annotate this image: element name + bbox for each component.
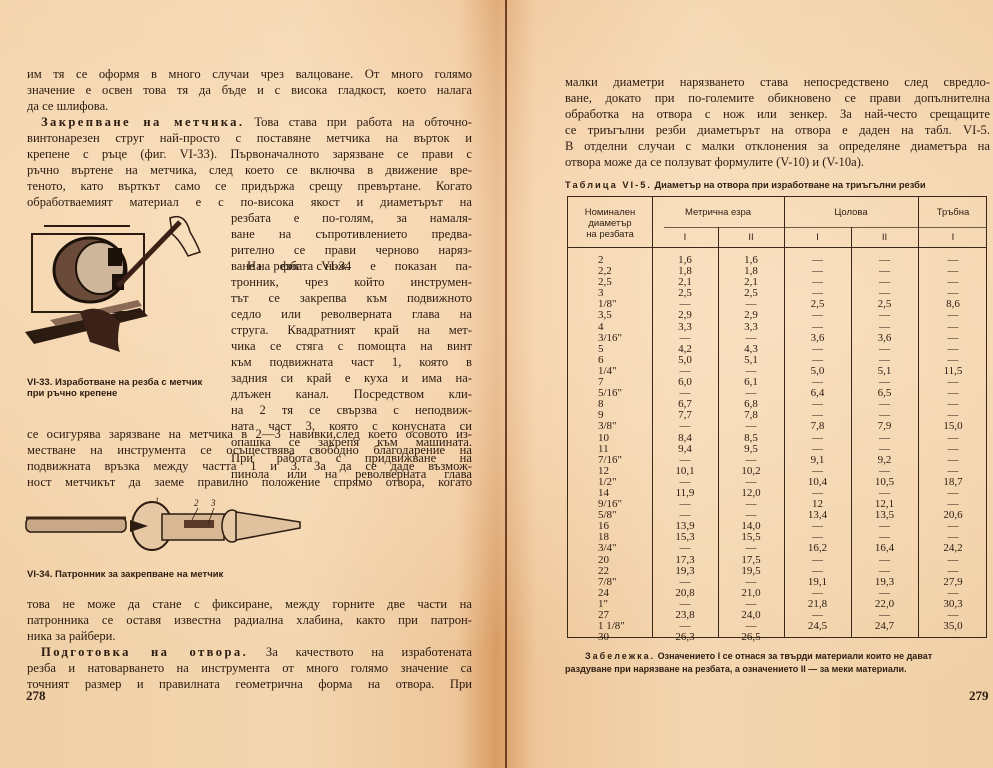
column-inch-II: ————2,5——3,6——5,1—6,5——7,9——9,2—10,5—12,… [851, 255, 918, 643]
header-metric-I: I [652, 232, 718, 243]
note-text: Означението I се отнася за твърди матери… [655, 651, 932, 661]
text-line: тронник, чрез който инструмен- [231, 274, 472, 290]
header-metric-II: II [718, 232, 784, 243]
text-line: резбата е по-голям, за намаля- [231, 210, 472, 226]
text-line: се триъгълни резби диаметърът на отвора … [565, 122, 990, 138]
text-line: рително се прави черново наряз- [231, 242, 472, 258]
text-line: тът се закрепва към подвижното [231, 290, 472, 306]
header-text: на резбата [568, 229, 652, 240]
note-line: раздуване при нарязване на резбата, а оз… [565, 663, 993, 676]
table-cell: — [918, 322, 988, 333]
table-cell: — [718, 543, 784, 554]
text-line: чика се стяга с помощта на винт [231, 338, 472, 354]
text-line: обработка на отвора с нож или зенкер. За… [565, 106, 990, 122]
text-line: теното, като върткът само се придържа ср… [27, 178, 472, 194]
text-line: задния си край е куха и има на- [231, 370, 472, 386]
table-cell: 3/8" [598, 421, 652, 432]
table-label: Таблица VI-5. [565, 180, 652, 190]
left-para-5: Подготовка на отвора. За качеството на и… [27, 644, 472, 692]
header-pipe-thread: Тръбна [918, 207, 988, 218]
table-cell: — [918, 632, 988, 643]
table-cell: 2,9 [718, 310, 784, 321]
text-line: Закрепване на метчика. Това става при ра… [27, 114, 472, 130]
table-cell: — [784, 310, 851, 321]
page-number-right: 279 [969, 688, 989, 704]
table-header-rule [568, 247, 986, 248]
text-line: подвижната връзка между частта 1 и 3. За… [27, 458, 472, 474]
table-cell: 16,2 [784, 543, 851, 554]
text-line: към подвижната част 1, която в [231, 354, 472, 370]
table-cell: 24,2 [918, 543, 988, 554]
table-cell: — [718, 421, 784, 432]
text-line: точният размер и правилната геометрична … [27, 676, 472, 692]
header-pipe-I: I [918, 232, 988, 243]
right-page: малки диаметри нарязването става непосре… [507, 0, 993, 768]
column-inch-I: ————2,5——3,6——5,0—6,4——7,8——9,1—10,4—121… [784, 255, 851, 643]
table-cell: 3,3 [718, 322, 784, 333]
table-cell: — [851, 433, 918, 444]
table-cell: 5/16" [598, 388, 652, 399]
table-cell: — [784, 632, 851, 643]
table-cell: 17,3 [652, 555, 718, 566]
table-cell: — [851, 322, 918, 333]
table-vi5: Номинален диаметър на резбата Метрична е… [567, 196, 987, 638]
page-number-left: 278 [26, 688, 46, 704]
table-cell: — [784, 433, 851, 444]
left-page: им тя се оформя в много случаи чрез валц… [0, 0, 505, 768]
table-cell: — [652, 543, 718, 554]
table-cell: — [918, 433, 988, 444]
table-cell: — [784, 555, 851, 566]
table-cell: 8,5 [718, 433, 784, 444]
text-line: им тя се оформя в много случаи чрез валц… [27, 66, 472, 82]
figure-vi34-caption: VI-34. Патронник за закрепване на метчик [27, 569, 223, 580]
table-cell: 17,5 [718, 555, 784, 566]
table-cell: 30 [598, 632, 652, 643]
text-line: отвора може да се ползуват формулите (V-… [565, 154, 990, 170]
table-cell: 26,5 [718, 632, 784, 643]
text-line: на 2 тя се свързва с неподвиж- [231, 402, 472, 418]
header-inch-I: I [784, 232, 851, 243]
figure-vi33-lathe-illustration [20, 212, 210, 362]
text-line: ване, докато при по-големите обикновено … [565, 90, 990, 106]
text-line: ника за райбери. [27, 628, 472, 644]
text-fragment: За качеството на изработената [248, 645, 472, 659]
table-cell: 16,4 [851, 543, 918, 554]
text-line: местване на инструмента се осъществява с… [27, 442, 472, 458]
left-para-4: това не може да стане с фиксиране, между… [27, 596, 472, 644]
table-cell: 7,8 [784, 421, 851, 432]
section-heading: Закрепване на метчика. [41, 115, 244, 129]
table-cell: — [918, 555, 988, 566]
text-line: ване на съпротивлението предва- [231, 226, 472, 242]
header-nominal-diameter: Номинален диаметър на резбата [568, 207, 652, 240]
figure-label-3: 3 [210, 498, 216, 508]
text-line: струга. Квадратният край на мет- [231, 322, 472, 338]
text-line: В отделни случаи с малки отклонения за о… [565, 138, 990, 154]
table-cell: — [851, 555, 918, 566]
table-cell: 4 [598, 322, 652, 333]
text-line: се осигурява зарязване на метчика в 2—3 … [27, 426, 472, 442]
table-cell: — [784, 322, 851, 333]
text-line: резба и натоварването на инструмента от … [27, 660, 472, 676]
note-label: Забележка. [585, 651, 655, 661]
text-line: това не може да стане с фиксиране, между… [27, 596, 472, 612]
table-caption: Диаметър на отвора при изработване на тр… [652, 180, 926, 190]
table-title: Таблица VI-5. Диаметър на отвора при изр… [565, 180, 993, 190]
text-line: Подготовка на отвора. За качеството на и… [27, 644, 472, 660]
table-cell: 10 [598, 433, 652, 444]
section-heading: Подготовка на отвора. [41, 645, 248, 659]
text-line: патронника се оставя известна радиална х… [27, 612, 472, 628]
figure-label-2: 2 [194, 498, 199, 508]
table-cell: 26,3 [652, 632, 718, 643]
table-cell: 15,0 [918, 421, 988, 432]
header-text: Номинален [568, 207, 652, 218]
text-line: ност метчикът да заеме правилно положени… [27, 474, 472, 490]
table-cell: 3/16" [598, 333, 652, 344]
table-cell: 5 [598, 344, 652, 355]
table-cell: 3/4" [598, 543, 652, 554]
text-line: значение е освен това тя да бъде и с вис… [27, 82, 472, 98]
table-cell: 2,9 [652, 310, 718, 321]
column-pipe-I: ————8,6—————11,5————15,0————18,7——20,6——… [918, 255, 988, 643]
table-cell: 8,4 [652, 433, 718, 444]
caption-line: VI-33. Изработване на резба с метчик [27, 377, 202, 388]
text-line: седло или револверната глава на [231, 306, 472, 322]
left-para-2: Закрепване на метчика. Това става при ра… [27, 114, 472, 210]
column-metric-II: 1,61,82,12,5—2,93,3—4,35,1—6,1—6,87,8—8,… [718, 255, 784, 643]
header-inch-thread: Цолова [784, 207, 918, 218]
figure-label-1: 1 [155, 496, 159, 505]
left-para-1: им тя се оформя в много случаи чрез валц… [27, 66, 472, 114]
table-cell: — [918, 310, 988, 321]
table-cell: — [851, 632, 918, 643]
text-line: да се шлифова. [27, 98, 472, 114]
text-line: малки диаметри нарязването става непосре… [565, 74, 990, 90]
table-cell: 3,5 [598, 310, 652, 321]
figure-vi33-caption: VI-33. Изработване на резба с метчик при… [27, 377, 202, 399]
figure-vi34-tap-holder-illustration: 1 2 3 [22, 496, 302, 551]
text-line: винтонарезен струг най-просто с поставян… [27, 130, 472, 146]
table-cell: 20 [598, 555, 652, 566]
table-cell: — [851, 310, 918, 321]
text-fragment: Това става при работа на обточно- [244, 115, 472, 129]
left-para-3-full: се осигурява зарязване на метчика в 2—3 … [27, 426, 472, 490]
right-para-1: малки диаметри нарязването става непосре… [565, 74, 990, 170]
header-metric-thread: Метрична езра [652, 207, 784, 218]
table-note: Забележка. Означението I се отнася за тв… [565, 650, 993, 676]
note-line: Забележка. Означението I се отнася за тв… [565, 650, 993, 663]
column-nominal: 22,22,531/8"3,543/16"561/4"75/16"893/8"1… [598, 255, 652, 643]
table-cell: 2,5 [598, 277, 652, 288]
table-cell: 3,3 [652, 322, 718, 333]
text-line: На фиг. VI-34 е показан па- [231, 258, 472, 274]
column-metric-I: 1,61,82,12,5—2,93,3—4,25,0—6,0—6,77,7—8,… [652, 255, 718, 643]
header-inch-II: II [851, 232, 918, 243]
header-text: диаметър [568, 218, 652, 229]
text-line: ръчно въртене на метчика, след което се … [27, 162, 472, 178]
text-line: длъжен канал. Посредством кли- [231, 386, 472, 402]
table-header-rule [664, 227, 986, 228]
table-cell: 7,9 [851, 421, 918, 432]
table-cell: — [652, 421, 718, 432]
table-cell: 1/4" [598, 366, 652, 377]
table-cell: 8 [598, 399, 652, 410]
text-line: обработваемият материал е с по-висока як… [27, 194, 472, 210]
caption-line: при ръчно крепене [27, 388, 202, 399]
text-line: крепене с ръце (фиг. VI-33). Първоначалн… [27, 146, 472, 162]
